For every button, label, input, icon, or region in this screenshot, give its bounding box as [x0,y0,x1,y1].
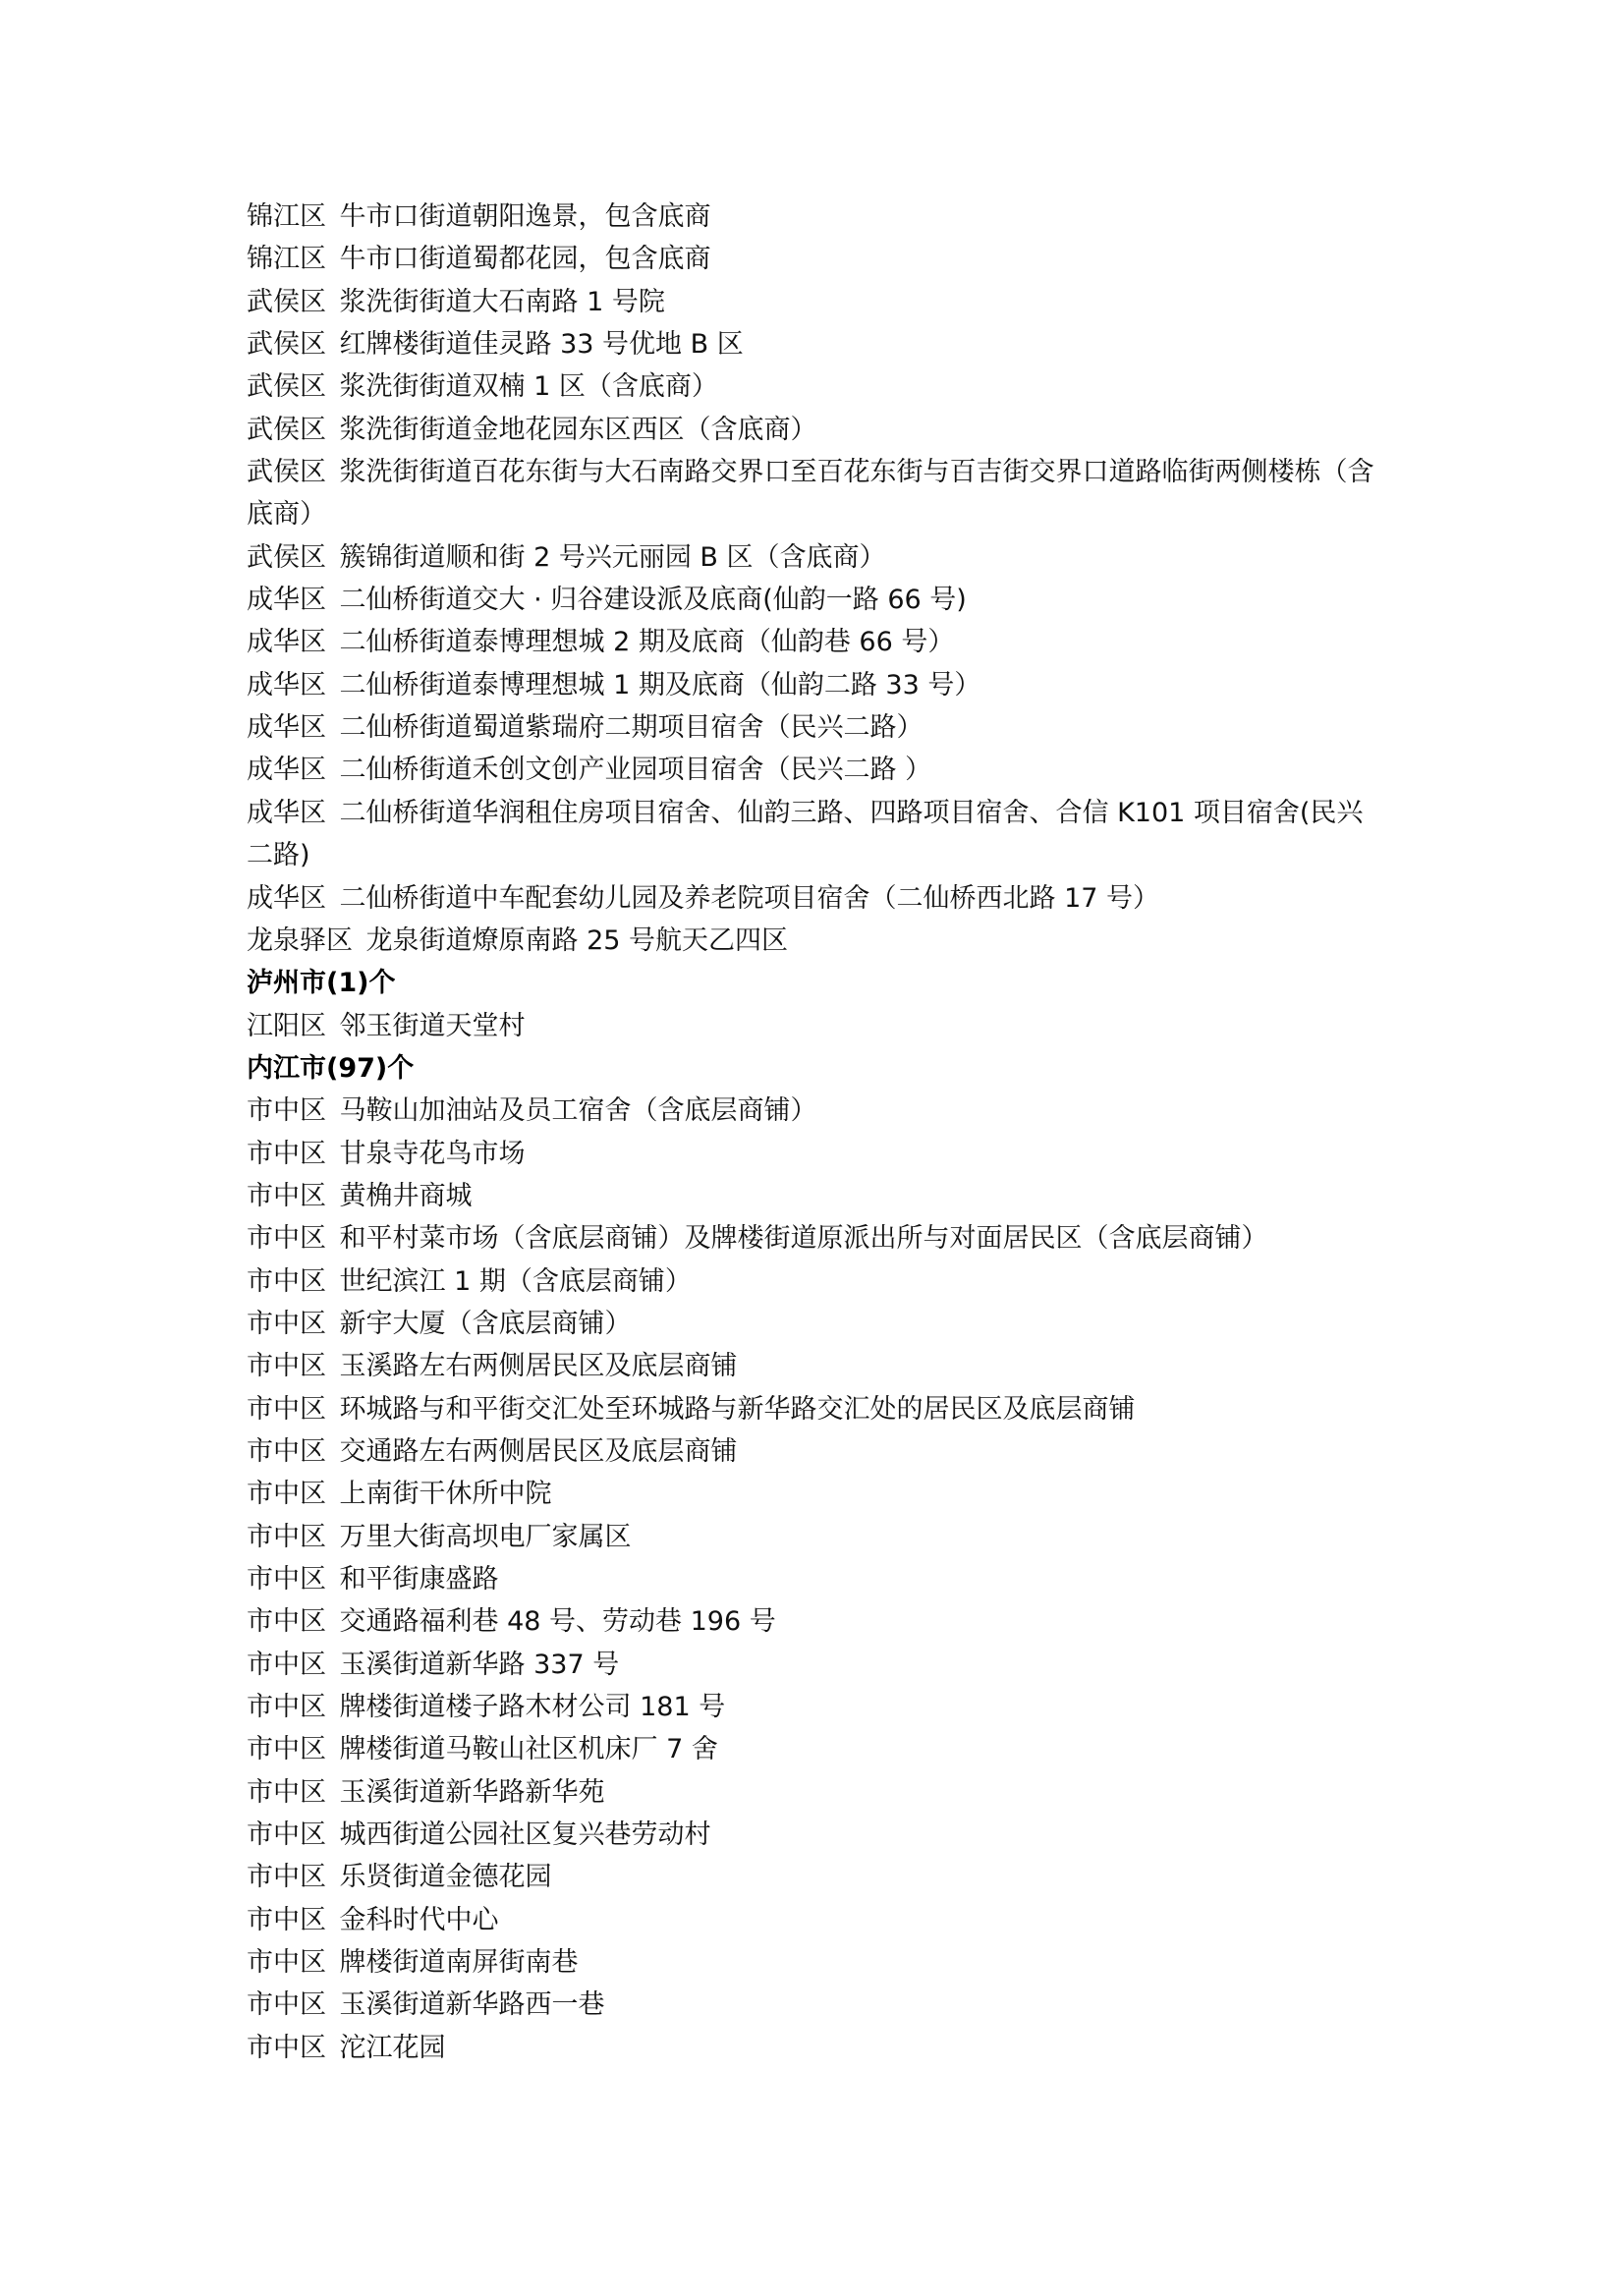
location-text: 邻玉街道天堂村 [340,1011,526,1041]
location-text: 二仙桥街道蜀道紫瑞府二期项目宿舍（民兴二路） [340,712,924,743]
list-item: 市中区交通路福利巷 48 号、劳动巷 196 号 [247,1600,1386,1643]
district-label: 市中区 [247,2033,326,2063]
list-item: 市中区上南街干休所中院 [247,1473,1386,1515]
district-label: 市中区 [247,1734,326,1764]
district-label: 武侯区 [247,329,326,360]
location-text: 二仙桥街道中车配套幼儿园及养老院项目宿舍（二仙桥西北路 17 号） [340,883,1160,914]
location-text: 龙泉街道燎原南路 25 号航天乙四区 [366,925,789,956]
list-item: 市中区牌楼街道楼子路木材公司 181 号 [247,1686,1386,1728]
list-item: 市中区玉溪街道新华路新华苑 [247,1771,1386,1814]
list-item: 武侯区浆洗街街道大石南路 1 号院 [247,281,1386,323]
list-item: 成华区二仙桥街道泰博理想城 1 期及底商（仙韵二路 33 号） [247,664,1386,706]
list-item: 市中区世纪滨江 1 期（含底层商铺） [247,1260,1386,1303]
district-label: 市中区 [247,1564,326,1595]
district-label: 市中区 [247,1947,326,1978]
location-text: 玉溪街道新华路西一巷 [340,1989,605,2020]
district-label: 成华区 [247,670,326,700]
list-item: 武侯区红牌楼街道佳灵路 33 号优地 B 区 [247,323,1386,365]
district-label: 成华区 [247,712,326,743]
district-label: 市中区 [247,1139,326,1169]
district-label: 市中区 [247,1479,326,1509]
district-label: 武侯区 [247,415,326,445]
district-label: 市中区 [247,1862,326,1892]
list-item: 市中区金科时代中心 [247,1899,1386,1941]
location-text: 二仙桥街道泰博理想城 2 期及底商（仙韵巷 66 号） [340,627,955,657]
list-item: 市中区沱江花园 [247,2027,1386,2069]
list-item: 市中区马鞍山加油站及员工宿舍（含底层商铺） [247,1090,1386,1132]
location-text: 浆洗街街道双楠 1 区（含底商） [340,371,718,402]
city-heading: 泸州市(1)个 [247,962,1386,1004]
list-item: 市中区乐贤街道金德花园 [247,1856,1386,1898]
location-text: 世纪滨江 1 期（含底层商铺） [340,1266,692,1297]
location-text: 二仙桥街道交大 · 归谷建设派及底商(仙韵一路 66 号) [340,585,967,615]
district-label: 市中区 [247,1309,326,1339]
district-label: 市中区 [247,1181,326,1211]
location-text: 玉溪街道新华路新华苑 [340,1777,605,1808]
list-item: 成华区二仙桥街道蜀道紫瑞府二期项目宿舍（民兴二路） [247,706,1386,749]
list-item: 锦江区牛市口街道朝阳逸景，包含底商 [247,196,1386,238]
location-text: 牛市口街道蜀都花园，包含底商 [340,244,711,274]
location-text: 红牌楼街道佳灵路 33 号优地 B 区 [340,329,744,360]
list-item: 市中区交通路左右两侧居民区及底层商铺 [247,1430,1386,1473]
district-label: 武侯区 [247,542,326,573]
list-item: 成华区二仙桥街道泰博理想城 2 期及底商（仙韵巷 66 号） [247,621,1386,663]
location-text: 交通路左右两侧居民区及底层商铺 [340,1436,738,1467]
district-label: 市中区 [247,1522,326,1552]
district-label: 市中区 [247,1095,326,1126]
location-text: 万里大街高坝电厂家属区 [340,1522,632,1552]
list-item: 锦江区牛市口街道蜀都花园，包含底商 [247,238,1386,280]
list-item: 武侯区浆洗街街道双楠 1 区（含底商） [247,365,1386,408]
location-text: 二仙桥街道华润租住房项目宿舍、仙韵三路、四路项目宿舍、合信 K101 项目宿舍(… [247,798,1363,870]
district-label: 武侯区 [247,287,326,317]
district-label: 市中区 [247,1692,326,1722]
list-item: 市中区牌楼街道马鞍山社区机床厂 7 舍 [247,1728,1386,1770]
list-item: 市中区和平街康盛路 [247,1558,1386,1600]
location-text: 环城路与和平街交汇处至环城路与新华路交汇处的居民区及底层商铺 [340,1394,1136,1425]
location-text: 牌楼街道马鞍山社区机床厂 7 舍 [340,1734,718,1764]
district-label: 成华区 [247,798,326,828]
location-text: 牌楼街道楼子路木材公司 181 号 [340,1692,726,1722]
location-text: 和平街康盛路 [340,1564,499,1595]
district-label: 市中区 [247,1905,326,1935]
list-item: 成华区二仙桥街道交大 · 归谷建设派及底商(仙韵一路 66 号) [247,579,1386,621]
location-text: 黄桷井商城 [340,1181,473,1211]
location-text: 玉溪街道新华路 337 号 [340,1650,620,1680]
list-item: 成华区二仙桥街道禾创文创产业园项目宿舍（民兴二路 ） [247,749,1386,791]
district-label: 武侯区 [247,371,326,402]
location-text: 上南街干休所中院 [340,1479,552,1509]
list-item: 武侯区浆洗街街道百花东街与大石南路交界口至百花东街与百吉街交界口道路临街两侧楼栋… [247,451,1386,536]
list-item: 武侯区簇锦街道顺和街 2 号兴元丽园 B 区（含底商） [247,536,1386,579]
list-item: 市中区玉溪街道新华路 337 号 [247,1644,1386,1686]
document-page: 锦江区牛市口街道朝阳逸景，包含底商锦江区牛市口街道蜀都花园，包含底商武侯区浆洗街… [247,196,1386,2069]
location-text: 城西街道公园社区复兴巷劳动村 [340,1819,711,1850]
location-text: 交通路福利巷 48 号、劳动巷 196 号 [340,1606,776,1637]
district-label: 市中区 [247,1989,326,2020]
list-item: 市中区新宇大厦（含底层商铺） [247,1303,1386,1345]
district-label: 龙泉驿区 [247,925,353,956]
list-item: 市中区甘泉寺花鸟市场 [247,1133,1386,1175]
district-label: 市中区 [247,1650,326,1680]
location-text: 浆洗街街道百花东街与大石南路交界口至百花东街与百吉街交界口道路临街两侧楼栋（含底… [247,457,1374,530]
list-item: 市中区玉溪路左右两侧居民区及底层商铺 [247,1345,1386,1387]
location-text: 簇锦街道顺和街 2 号兴元丽园 B 区（含底商） [340,542,886,573]
list-item: 市中区牌楼街道南屏街南巷 [247,1941,1386,1984]
district-label: 锦江区 [247,201,326,232]
city-heading: 内江市(97)个 [247,1047,1386,1090]
location-text: 和平村菜市场（含底层商铺）及牌楼街道原派出所与对面居民区（含底层商铺） [340,1223,1268,1254]
location-text: 浆洗街街道大石南路 1 号院 [340,287,665,317]
list-item: 市中区万里大街高坝电厂家属区 [247,1516,1386,1558]
list-item: 成华区二仙桥街道中车配套幼儿园及养老院项目宿舍（二仙桥西北路 17 号） [247,877,1386,920]
list-item: 武侯区浆洗街街道金地花园东区西区（含底商） [247,409,1386,451]
district-label: 成华区 [247,883,326,914]
district-label: 市中区 [247,1266,326,1297]
location-text: 马鞍山加油站及员工宿舍（含底层商铺） [340,1095,817,1126]
location-text: 乐贤街道金德花园 [340,1862,552,1892]
location-text: 玉溪路左右两侧居民区及底层商铺 [340,1351,738,1381]
location-text: 牛市口街道朝阳逸景，包含底商 [340,201,711,232]
district-label: 锦江区 [247,244,326,274]
list-item: 市中区黄桷井商城 [247,1175,1386,1217]
district-label: 成华区 [247,755,326,785]
district-label: 市中区 [247,1394,326,1425]
list-item: 龙泉驿区龙泉街道燎原南路 25 号航天乙四区 [247,920,1386,962]
list-item: 市中区玉溪街道新华路西一巷 [247,1984,1386,2026]
district-label: 武侯区 [247,457,326,487]
district-label: 江阳区 [247,1011,326,1041]
location-text: 沱江花园 [340,2033,446,2063]
district-label: 成华区 [247,585,326,615]
location-text: 金科时代中心 [340,1905,499,1935]
district-label: 市中区 [247,1223,326,1254]
location-text: 浆洗街街道金地花园东区西区（含底商） [340,415,817,445]
location-text: 新宇大厦（含底层商铺） [340,1309,632,1339]
location-text: 甘泉寺花鸟市场 [340,1139,526,1169]
district-label: 市中区 [247,1606,326,1637]
district-label: 市中区 [247,1819,326,1850]
district-label: 市中区 [247,1436,326,1467]
district-label: 市中区 [247,1351,326,1381]
list-item: 江阳区邻玉街道天堂村 [247,1005,1386,1047]
list-item: 市中区城西街道公园社区复兴巷劳动村 [247,1814,1386,1856]
list-item: 市中区和平村菜市场（含底层商铺）及牌楼街道原派出所与对面居民区（含底层商铺） [247,1217,1386,1259]
location-text: 二仙桥街道泰博理想城 1 期及底商（仙韵二路 33 号） [340,670,981,700]
list-item: 成华区二仙桥街道华润租住房项目宿舍、仙韵三路、四路项目宿舍、合信 K101 项目… [247,792,1386,877]
location-text: 牌楼街道南屏街南巷 [340,1947,579,1978]
location-text: 二仙桥街道禾创文创产业园项目宿舍（民兴二路 ） [340,755,932,785]
list-item: 市中区环城路与和平街交汇处至环城路与新华路交汇处的居民区及底层商铺 [247,1388,1386,1430]
district-label: 成华区 [247,627,326,657]
district-label: 市中区 [247,1777,326,1808]
